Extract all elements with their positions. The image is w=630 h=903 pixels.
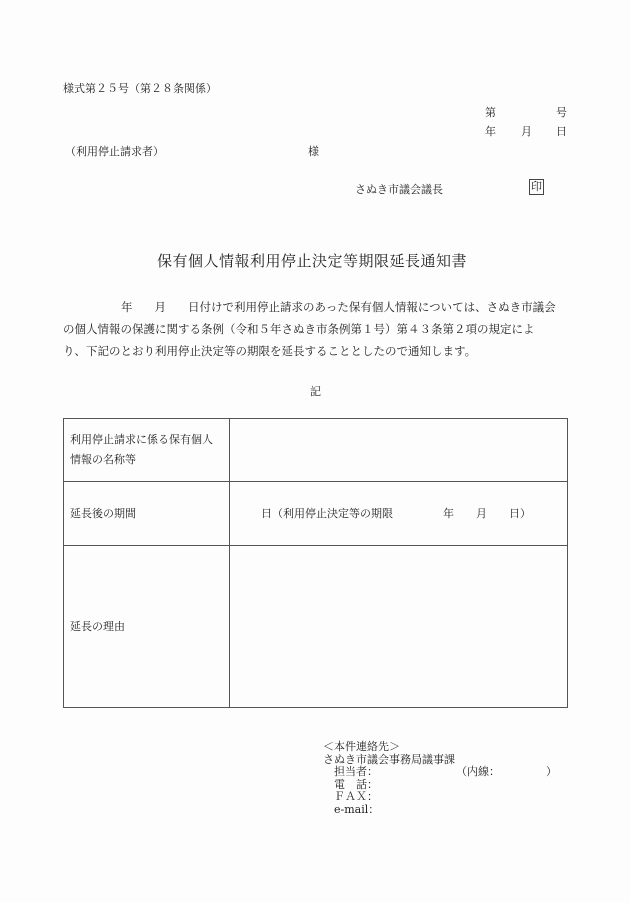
contact-heading: ＜本件連絡先＞ bbox=[323, 741, 557, 754]
body-paragraph: 年月日付けで利用停止請求のあった保有個人情報については、さぬき市議会 の個人情報… bbox=[63, 296, 583, 362]
row-value-info-name bbox=[230, 419, 568, 482]
doc-number-prefix: 第 bbox=[485, 104, 496, 120]
date-year: 年 bbox=[485, 123, 496, 139]
period-year: 年 bbox=[443, 507, 454, 520]
table-row-period: 延長後の期間 日（利用停止決定等の期限年月日） bbox=[64, 482, 568, 546]
form-number: 様式第２５号（第２８条関係） bbox=[63, 80, 217, 96]
extension-table: 利用停止請求に係る保有個人情報の名称等 延長後の期間 日（利用停止決定等の期限年… bbox=[63, 418, 568, 708]
body-date-year: 年 bbox=[121, 300, 133, 314]
date-month: 月 bbox=[521, 123, 532, 139]
ki-heading: 記 bbox=[310, 383, 321, 399]
seal-mark: 印 bbox=[529, 179, 544, 195]
document-title: 保有個人情報利用停止決定等期限延長通知書 bbox=[157, 250, 467, 271]
body-line2: の個人情報の保護に関する条例（令和５年さぬき市条例第１号）第４３条第２項の規定に… bbox=[63, 318, 583, 340]
body-line3: り、下記のとおり利用停止決定等の期限を延長することとしたので通知します。 bbox=[63, 340, 583, 362]
period-month: 月 bbox=[476, 507, 487, 520]
period-day-end: 日） bbox=[509, 507, 531, 520]
row-label-reason: 延長の理由 bbox=[64, 546, 230, 708]
row-value-reason bbox=[230, 546, 568, 708]
table-row-reason: 延長の理由 bbox=[64, 546, 568, 708]
contact-person-label: 担当者： bbox=[334, 765, 378, 778]
recipient-honorific: 様 bbox=[308, 143, 319, 159]
doc-number-suffix: 号 bbox=[556, 104, 567, 120]
body-line1: 日付けで利用停止請求のあった保有個人情報については、さぬき市議会 bbox=[188, 300, 556, 314]
contact-email-label: e-mail： bbox=[323, 804, 557, 817]
contact-fax-label: ＦＡＸ： bbox=[323, 791, 557, 804]
row-label-period: 延長後の期間 bbox=[64, 482, 230, 546]
row-label-info-name: 利用停止請求に係る保有個人情報の名称等 bbox=[64, 419, 230, 482]
contact-extension-label: （内線： bbox=[456, 765, 500, 778]
row-value-period: 日（利用停止決定等の期限年月日） bbox=[230, 482, 568, 546]
recipient-label: （利用停止請求者） bbox=[65, 143, 164, 159]
contact-extension-close: ） bbox=[546, 765, 557, 778]
date-day: 日 bbox=[556, 123, 567, 139]
body-date-month: 月 bbox=[155, 300, 167, 314]
contact-block: ＜本件連絡先＞ さぬき市議会事務局議事課 担当者：（内線：） 電 話： ＦＡＸ：… bbox=[323, 741, 557, 816]
table-row-info-name: 利用停止請求に係る保有個人情報の名称等 bbox=[64, 419, 568, 482]
issuer-name: さぬき市議会議長 bbox=[355, 181, 443, 197]
period-day-text: 日（利用停止決定等の期限 bbox=[261, 507, 393, 520]
